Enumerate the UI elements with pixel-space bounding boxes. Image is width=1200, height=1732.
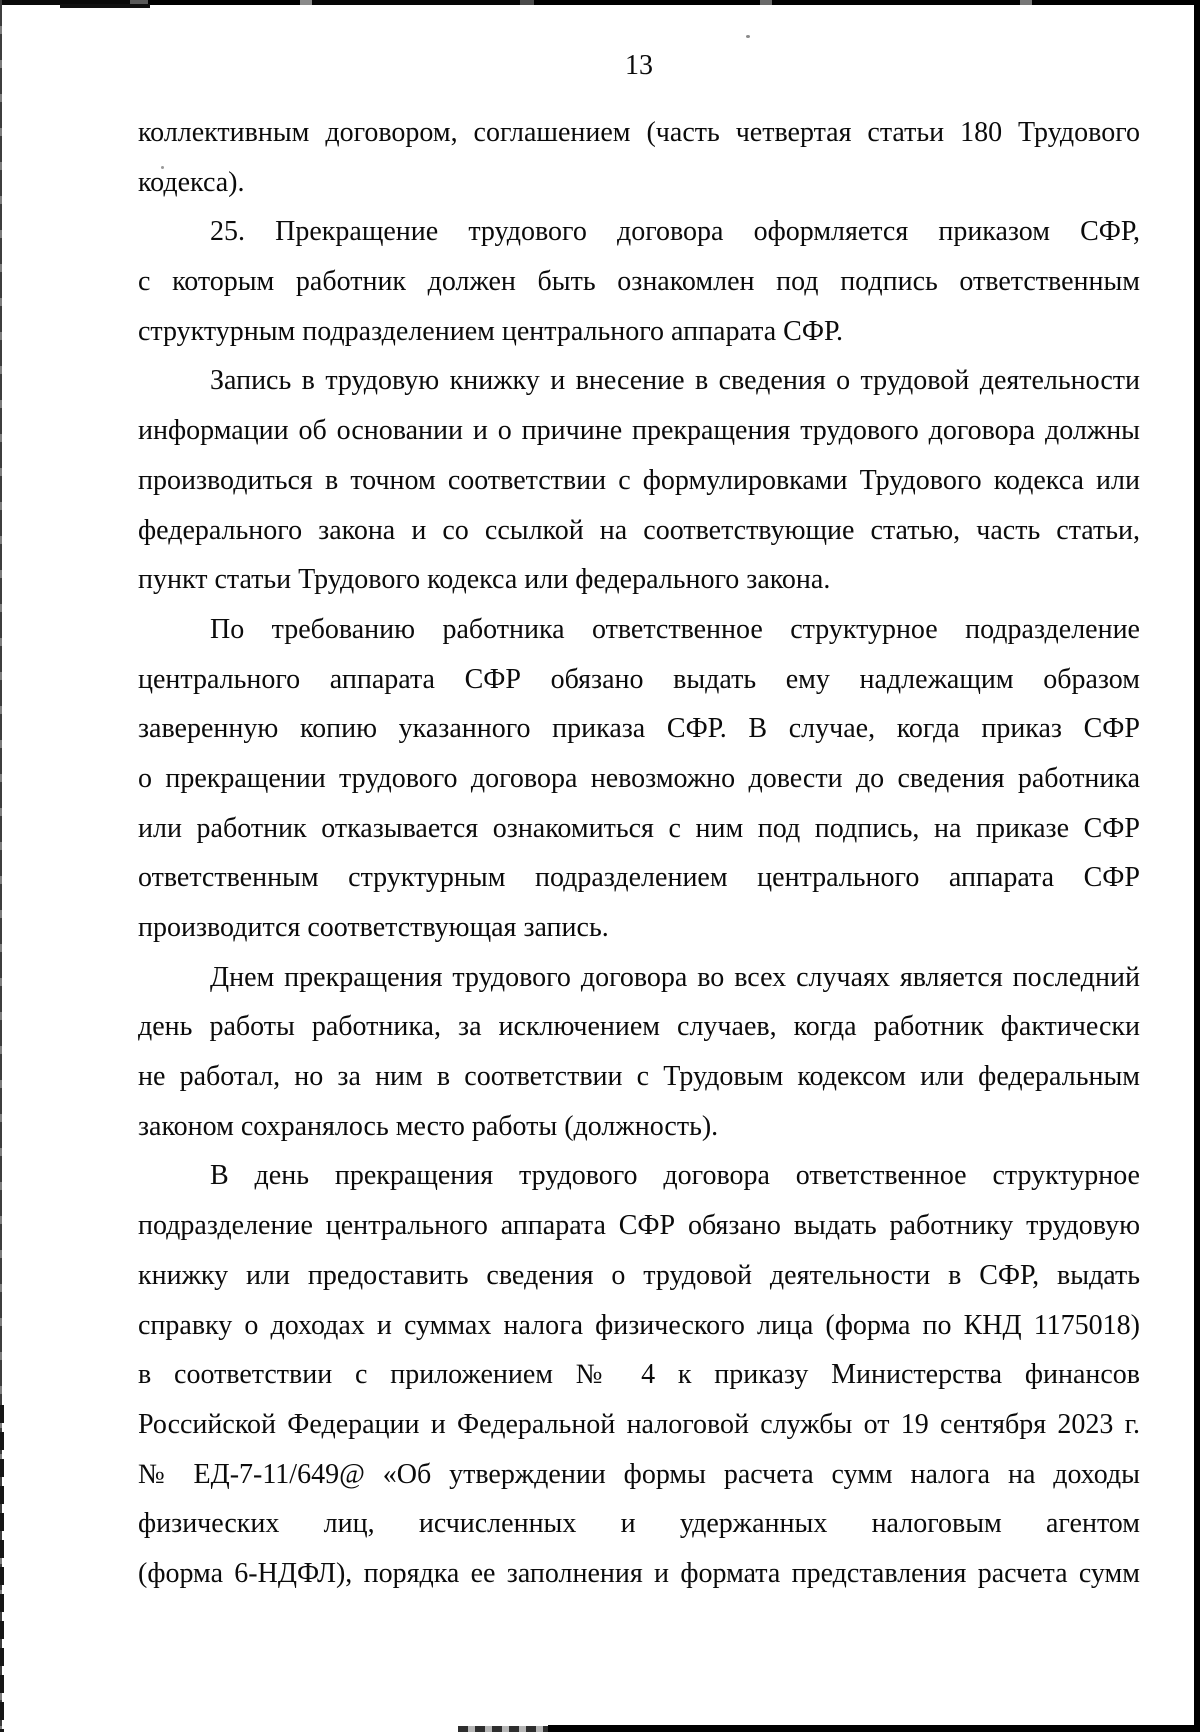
text-line: производиться в точном соответствии с фо…	[138, 456, 1140, 506]
scan-edge-bottom-bar-dashes	[458, 1726, 550, 1732]
text-line: книжку или предоставить сведения о трудо…	[138, 1251, 1140, 1301]
text-line: заверенную копию указанного приказа СФР.…	[138, 704, 1140, 754]
text-line: в соответствии с приложением № 4 к прика…	[138, 1350, 1140, 1400]
text-line: о прекращении трудового договора невозмо…	[138, 754, 1140, 804]
text-line: кодекса).	[138, 158, 1140, 208]
scan-edge-top-bar	[0, 0, 1200, 5]
text-line: Российской Федерации и Федеральной налог…	[138, 1400, 1140, 1450]
text-line: информации об основании и о причине прек…	[138, 406, 1140, 456]
scan-speck	[746, 35, 750, 38]
text-line: 25. Прекращение трудового договора оформ…	[138, 207, 1140, 257]
text-line: структурным подразделением центрального …	[138, 307, 1140, 357]
text-line: не работал, но за ним в соответствии с Т…	[138, 1052, 1140, 1102]
text-line: справку о доходах и суммах налога физиче…	[138, 1301, 1140, 1351]
scan-edge-right-bar	[1194, 3, 1200, 1732]
text-line: физических лиц, исчисленных и удержанных…	[138, 1499, 1140, 1549]
text-line: Днем прекращения трудового договора во в…	[138, 953, 1140, 1003]
text-line: подразделение центрального аппарата СФР …	[138, 1201, 1140, 1251]
scan-edge-left-line-bottom	[0, 1405, 4, 1732]
text-line: В день прекращения трудового договора от…	[138, 1151, 1140, 1201]
text-line: пункт статьи Трудового кодекса или федер…	[138, 555, 1140, 605]
text-line: (форма 6-НДФЛ), порядка ее заполнения и …	[138, 1549, 1140, 1599]
text-line: или работник отказывается ознакомиться с…	[138, 804, 1140, 854]
text-line: ответственным структурным подразделением…	[138, 853, 1140, 903]
text-line: По требованию работника ответственное ст…	[138, 605, 1140, 655]
text-line: день работы работника, за исключением сл…	[138, 1002, 1140, 1052]
page-number: 13	[138, 46, 1140, 86]
text-line: центрального аппарата СФР обязано выдать…	[138, 655, 1140, 705]
text-line: коллективным договором, соглашением (час…	[138, 108, 1140, 158]
text-line: законом сохранялось место работы (должно…	[138, 1102, 1140, 1152]
scan-edge-bottom-bar	[548, 1725, 1200, 1732]
text-line: Запись в трудовую книжку и внесение в св…	[138, 356, 1140, 406]
scan-speck	[161, 166, 164, 169]
text-line: производится соответствующая запись.	[138, 903, 1140, 953]
text-block: коллективным договором, соглашением (час…	[138, 108, 1140, 1599]
scan-edge-top-bar-segment	[60, 4, 150, 8]
scan-edge-left-line	[0, 0, 2, 1732]
text-line: с которым работник должен быть ознакомле…	[138, 257, 1140, 307]
document-page: 13 коллективным договором, соглашением (…	[0, 0, 1200, 1732]
text-line: № ЕД-7-11/649@ «Об утверждении формы рас…	[138, 1450, 1140, 1500]
text-line: федерального закона и со ссылкой на соот…	[138, 506, 1140, 556]
